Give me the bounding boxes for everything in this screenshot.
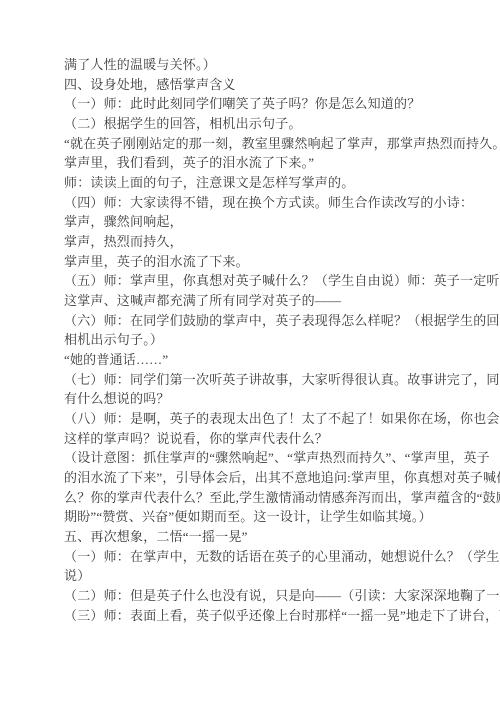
text-line: 相机出示句子。） — [64, 330, 456, 350]
text-line: 这样的掌声吗？说说看，你的掌声代表什么？ — [64, 429, 456, 449]
poem-line: 掌声，骤然间响起， — [64, 212, 456, 232]
poem-line: 掌声里，英子的泪水流了下来。 — [64, 252, 456, 272]
poem-line: 掌声，热烈而持久， — [64, 232, 456, 252]
quote-line: “就在英子刚刚站定的那一刻，教室里骤然响起了掌声，那掌声热烈而持久。在 — [64, 134, 456, 154]
text-line: 有什么想说的吗？ — [64, 389, 456, 409]
text-line-item-5: （五）师：掌声里，你真想对英子喊什么？（学生自由说）师：英子一定听到了， — [64, 271, 456, 291]
document-page: 满了人性的温暖与关怀。） 四、设身处地，感悟掌声含义 （一）师：此时此刻同学们嘲… — [0, 0, 500, 707]
design-intent-line: （设计意图：抓住掌声的“骤然响起”、“掌声热烈而持久”、“掌声里，英子 — [64, 448, 456, 468]
text-line-item-7: （七）师：同学们第一次听英子讲故事，大家听得很认真。故事讲完了，同学们， — [64, 370, 456, 390]
design-intent-line: 期盼”“赞赏、兴奋”便如期而至。这一设计，让学生如临其境。） — [64, 507, 456, 527]
text-line-continuation: 满了人性的温暖与关怀。） — [64, 55, 456, 75]
section-heading-four: 四、设身处地，感悟掌声含义 — [64, 75, 456, 95]
section-heading-five: 五、再次想象，二悟“一摇一晃” — [64, 527, 456, 547]
text-line-item-2b: （二）师：但是英子什么也没有说，只是向——（引读：大家深深地鞠了一躬。） — [64, 586, 456, 606]
design-intent-line: 么？你的掌声代表什么？至此,学生激情涌动情感奔泻而出，掌声蕴含的“鼓励、 — [64, 488, 456, 508]
text-line-item-4: （四）师：大家读得不错，现在换个方式读。师生合作读改写的小诗： — [64, 193, 456, 213]
text-line: 说） — [64, 566, 456, 586]
quote-line: 掌声里，我们看到，英子的泪水流了下来。” — [64, 153, 456, 173]
text-line-item-1: （一）师：此时此刻同学们嘲笑了英子吗？你是怎么知道的？ — [64, 94, 456, 114]
text-line-item-8: （八）师：是啊，英子的表现太出色了！太了不起了！如果你在场，你也会给她 — [64, 409, 456, 429]
text-line: 这掌声、这喊声都充满了所有同学对英子的—— — [64, 291, 456, 311]
text-line-item-1b: （一）师：在掌声中，无数的话语在英子的心里涌动，她想说什么？（学生自由 — [64, 547, 456, 567]
text-line-item-6: （六）师：在同学们鼓励的掌声中，英子表现得怎么样呢？（根据学生的回答， — [64, 311, 456, 331]
design-intent-line: 的泪水流了下来”，引导体会后，出其不意地追问:掌声里，你真想对英子喊什 — [64, 468, 456, 488]
quote-line: “她的普通话……” — [64, 350, 456, 370]
text-line-item-3b: （三）师：表面上看，英子似乎还像上台时那样“一摇一晃”地走下了讲台，而 — [64, 606, 456, 626]
text-line-item-2: （二）根据学生的回答，相机出示句子。 — [64, 114, 456, 134]
text-line-teacher: 师：读读上面的句子，注意课文是怎样写掌声的。 — [64, 173, 456, 193]
